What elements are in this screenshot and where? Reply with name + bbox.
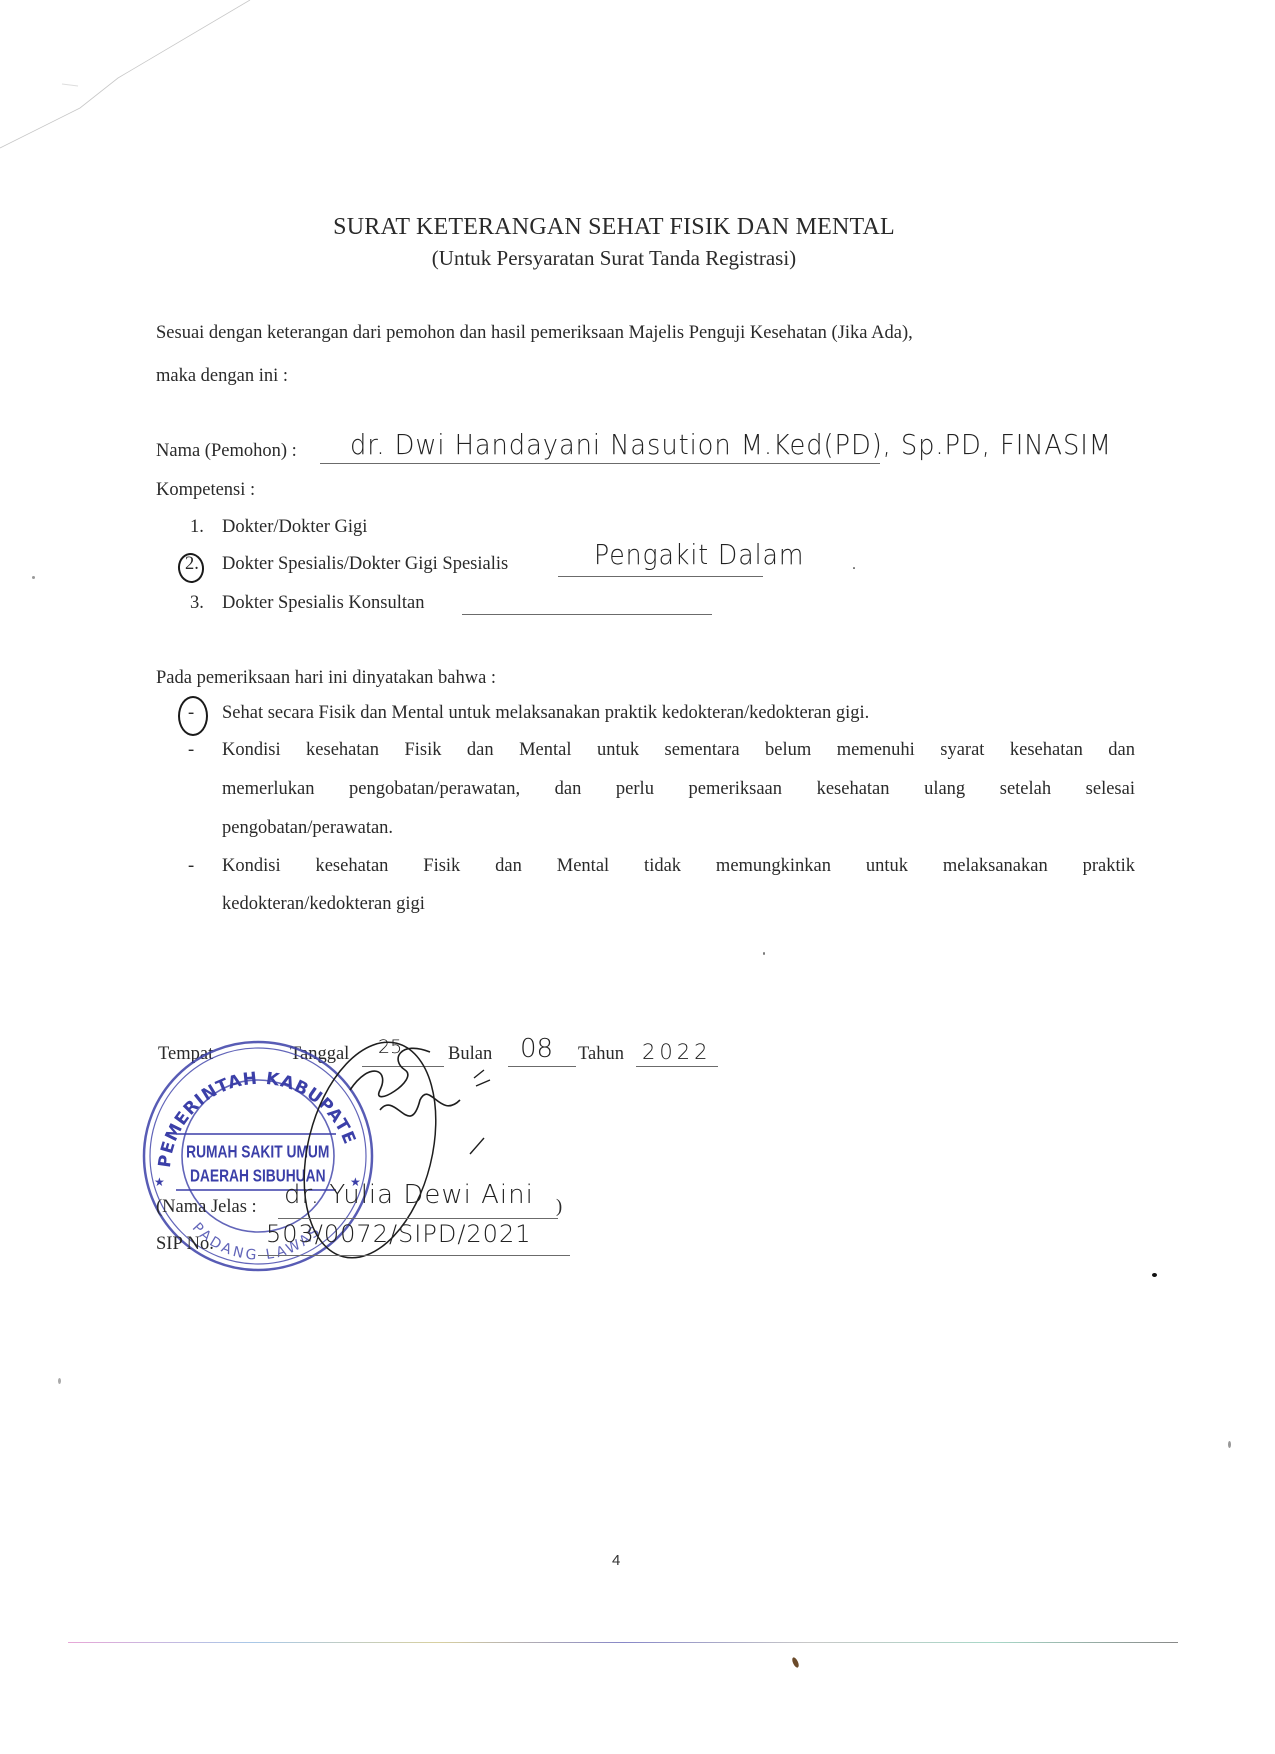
option-2-line-2: memerlukan pengobatan/perawatan, dan per… [222,779,1135,800]
competence-item-2-number: 2. [185,554,199,575]
scan-speck [58,1378,61,1384]
sip-field[interactable]: 503/0072/SIPD/2021 [266,1220,532,1248]
option-2-line-1: Kondisi kesehatan Fisik dan Mental untuk… [222,740,1135,761]
competence-item-3-number: 3. [190,593,204,614]
sip-underline [258,1255,570,1256]
year-field[interactable]: 2022 [642,1040,711,1064]
examination-label: Pada pemeriksaan hari ini dinyatakan bah… [156,668,496,689]
competence-item-1-label: Dokter/Dokter Gigi [222,517,367,538]
option-2-marker: - [188,740,194,761]
signer-name-label: (Nama Jelas : [156,1197,257,1218]
specialist-field[interactable]: Pengakit Dalam [594,538,804,571]
scan-speck [1152,1273,1157,1277]
scan-edge-line [68,1642,1178,1643]
year-underline [636,1066,718,1067]
scan-speck [1228,1441,1231,1448]
option-3-marker: - [188,856,194,877]
scan-speck [791,1656,800,1668]
competence-item-1-number: 1. [190,517,204,538]
stray-dot: . [852,556,856,574]
specialist-underline [558,576,763,577]
option-2-line-3: pengobatan/perawatan. [222,818,393,839]
competence-label: Kompetensi : [156,480,255,501]
scan-speck [763,952,765,955]
option-1-line-1: Sehat secara Fisik dan Mental untuk mela… [222,703,869,724]
page-number: 4 [612,1552,620,1569]
consultant-underline [462,614,712,615]
sip-label: SIP No. [156,1234,214,1255]
applicant-underline [320,463,880,464]
competence-item-2-label: Dokter Spesialis/Dokter Gigi Spesialis [222,554,508,575]
scan-speck [32,576,35,579]
svg-text:★: ★ [154,1175,165,1189]
document-subtitle: (Untuk Persyaratan Surat Tanda Registras… [0,246,1228,271]
option-3-line-1: Kondisi kesehatan Fisik dan Mental tidak… [222,856,1135,877]
option-1-marker: - [188,703,194,724]
year-label: Tahun [578,1044,624,1065]
competence-item-3-label: Dokter Spesialis Konsultan [222,593,424,614]
signer-name-close: ) [556,1197,562,1218]
signer-name-field[interactable]: dr. Yulia Dewi Aini [284,1180,534,1210]
applicant-label: Nama (Pemohon) : [156,441,297,462]
document-title: SURAT KETERANGAN SEHAT FISIK DAN MENTAL [0,214,1228,241]
signer-name-underline [278,1218,558,1219]
scan-artifact-line [0,0,420,160]
applicant-name-field[interactable]: dr. Dwi Handayani Nasution M.Ked(PD), Sp… [350,428,1112,461]
option-3-line-2: kedokteran/kedokteran gigi [222,894,425,915]
intro-line-1: Sesuai dengan keterangan dari pemohon da… [156,323,913,344]
intro-line-2: maka dengan ini : [156,366,288,387]
